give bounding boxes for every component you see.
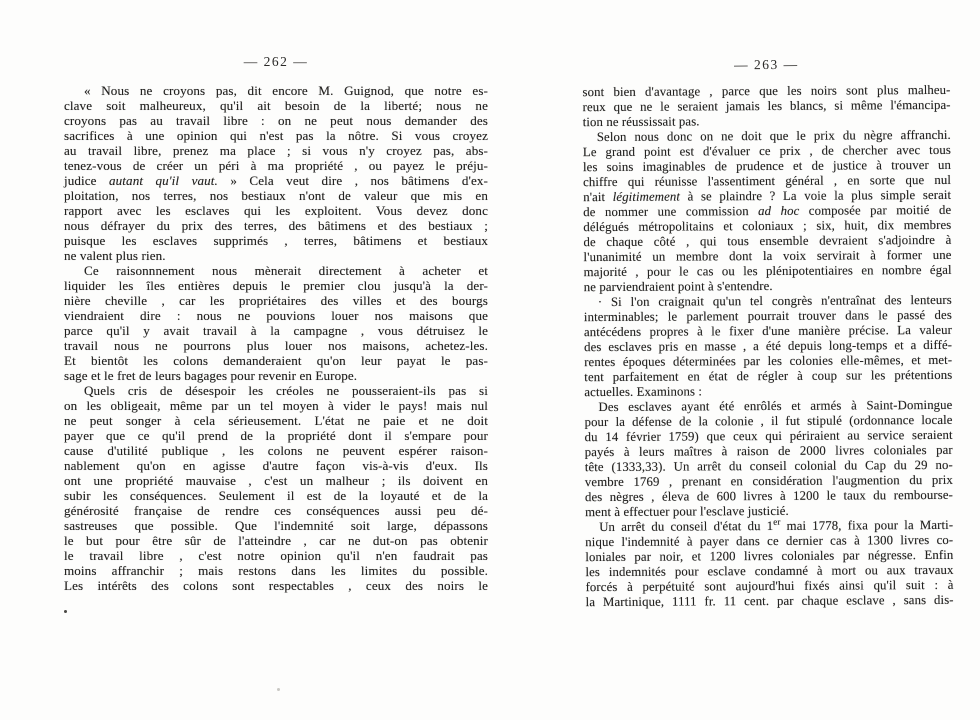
text-line: le but pour être sûr de l'atteindre , ca… xyxy=(64,533,488,548)
text-line: on les obligeait, même par un tel moyen … xyxy=(64,398,488,413)
text-line: générosité française de rendre ces consé… xyxy=(64,503,488,518)
text-line: viendraient dire : nous ne pouvions loue… xyxy=(64,308,488,323)
text-line: reux que ne le seraient jamais les blanc… xyxy=(583,98,951,115)
text-line: judice autant qu'il vaut. » Cela veut di… xyxy=(64,173,488,188)
page-262-text-block: « Nous ne croyons pas, dit encore M. Gui… xyxy=(64,83,488,593)
text-line: ne peut songer à cela sérieusement. L'ét… xyxy=(64,413,488,428)
text-line: Et bientôt les colons demanderaient qu'o… xyxy=(64,353,488,368)
text-line: « Nous ne croyons pas, dit encore M. Gui… xyxy=(64,83,488,98)
scan-artifact-dot xyxy=(277,688,280,691)
page-number-header-left: — 262 — xyxy=(64,54,488,69)
text-line: sastreuses que possible. Que l'indemnité… xyxy=(64,518,488,533)
text-line: le travail libre , c'est notre opinion q… xyxy=(64,548,488,563)
scan-artifact-dot xyxy=(64,610,67,613)
text-line: Les intérêts des colons sont respectable… xyxy=(64,578,488,593)
text-line: travail nous ne pourrons plus louer nos … xyxy=(64,338,488,353)
text-line: moins affranchir ; mais restons dans les… xyxy=(64,563,488,578)
text-line: ploitation, nos terres, nos bestiaux n'o… xyxy=(64,188,488,203)
text-line: tent parfaitement en état de régler à co… xyxy=(584,368,952,385)
text-line: Ce raisonnnement nous mènerait directeme… xyxy=(64,263,488,278)
text-line: ne valent plus rien. xyxy=(64,248,488,263)
text-line: des nègres , éleva de 600 livres à 1200 … xyxy=(585,488,953,505)
text-line: clave soit malheureux, qu'il ait besoin … xyxy=(64,98,488,113)
text-line: nablement qu'on en agisse d'autre façon … xyxy=(64,458,488,473)
text-line: ont une propriété mauvaise , c'est un ma… xyxy=(64,473,488,488)
text-line: parce qu'il y avait travail à la campagn… xyxy=(64,323,488,338)
text-line: sage et le fret de leurs bagages pour re… xyxy=(64,368,488,383)
text-line: sacrifices à une opinion qui n'est pas l… xyxy=(64,128,488,143)
page-262: — 262 — « Nous ne croyons pas, dit encor… xyxy=(64,54,488,593)
text-line: nière cheville , car les propriétaires d… xyxy=(64,293,488,308)
text-line: majorité , pour le cas ou les plénipoten… xyxy=(584,263,952,280)
text-line: payer que ce qu'il prend de la propriété… xyxy=(64,428,488,443)
text-line: cause d'utilité publique , les colons ne… xyxy=(64,443,488,458)
text-line: croyons pas au travail libre : on ne peu… xyxy=(64,113,488,128)
text-line: Quels cris de désespoir les créoles ne p… xyxy=(64,383,488,398)
text-line: rapport avec les esclaves qui les exploi… xyxy=(64,203,488,218)
book-scan: — 262 — « Nous ne croyons pas, dit encor… xyxy=(0,0,980,720)
page-number-header-right: — 263 — xyxy=(582,56,950,73)
page-263: — 263 — sont bien d'avantage , parce que… xyxy=(582,56,953,610)
text-line: liquider les îles entières depuis le pre… xyxy=(64,278,488,293)
text-line: tenez-vous de créer un péri à ma proprié… xyxy=(64,158,488,173)
text-line: au travail libre, prenez ma place ; si v… xyxy=(64,143,488,158)
page-263-text-block: sont bien d'avantage , parce que les noi… xyxy=(582,83,953,610)
text-line: puisque les esclaves supprimés , terres,… xyxy=(64,233,488,248)
text-line: subir les conséquences. Seulement il est… xyxy=(64,488,488,503)
text-line: nous défrayer du prix des terres, des bâ… xyxy=(64,218,488,233)
text-line: la Martinique, 1111 fr. 11 cent. par cha… xyxy=(586,593,954,610)
